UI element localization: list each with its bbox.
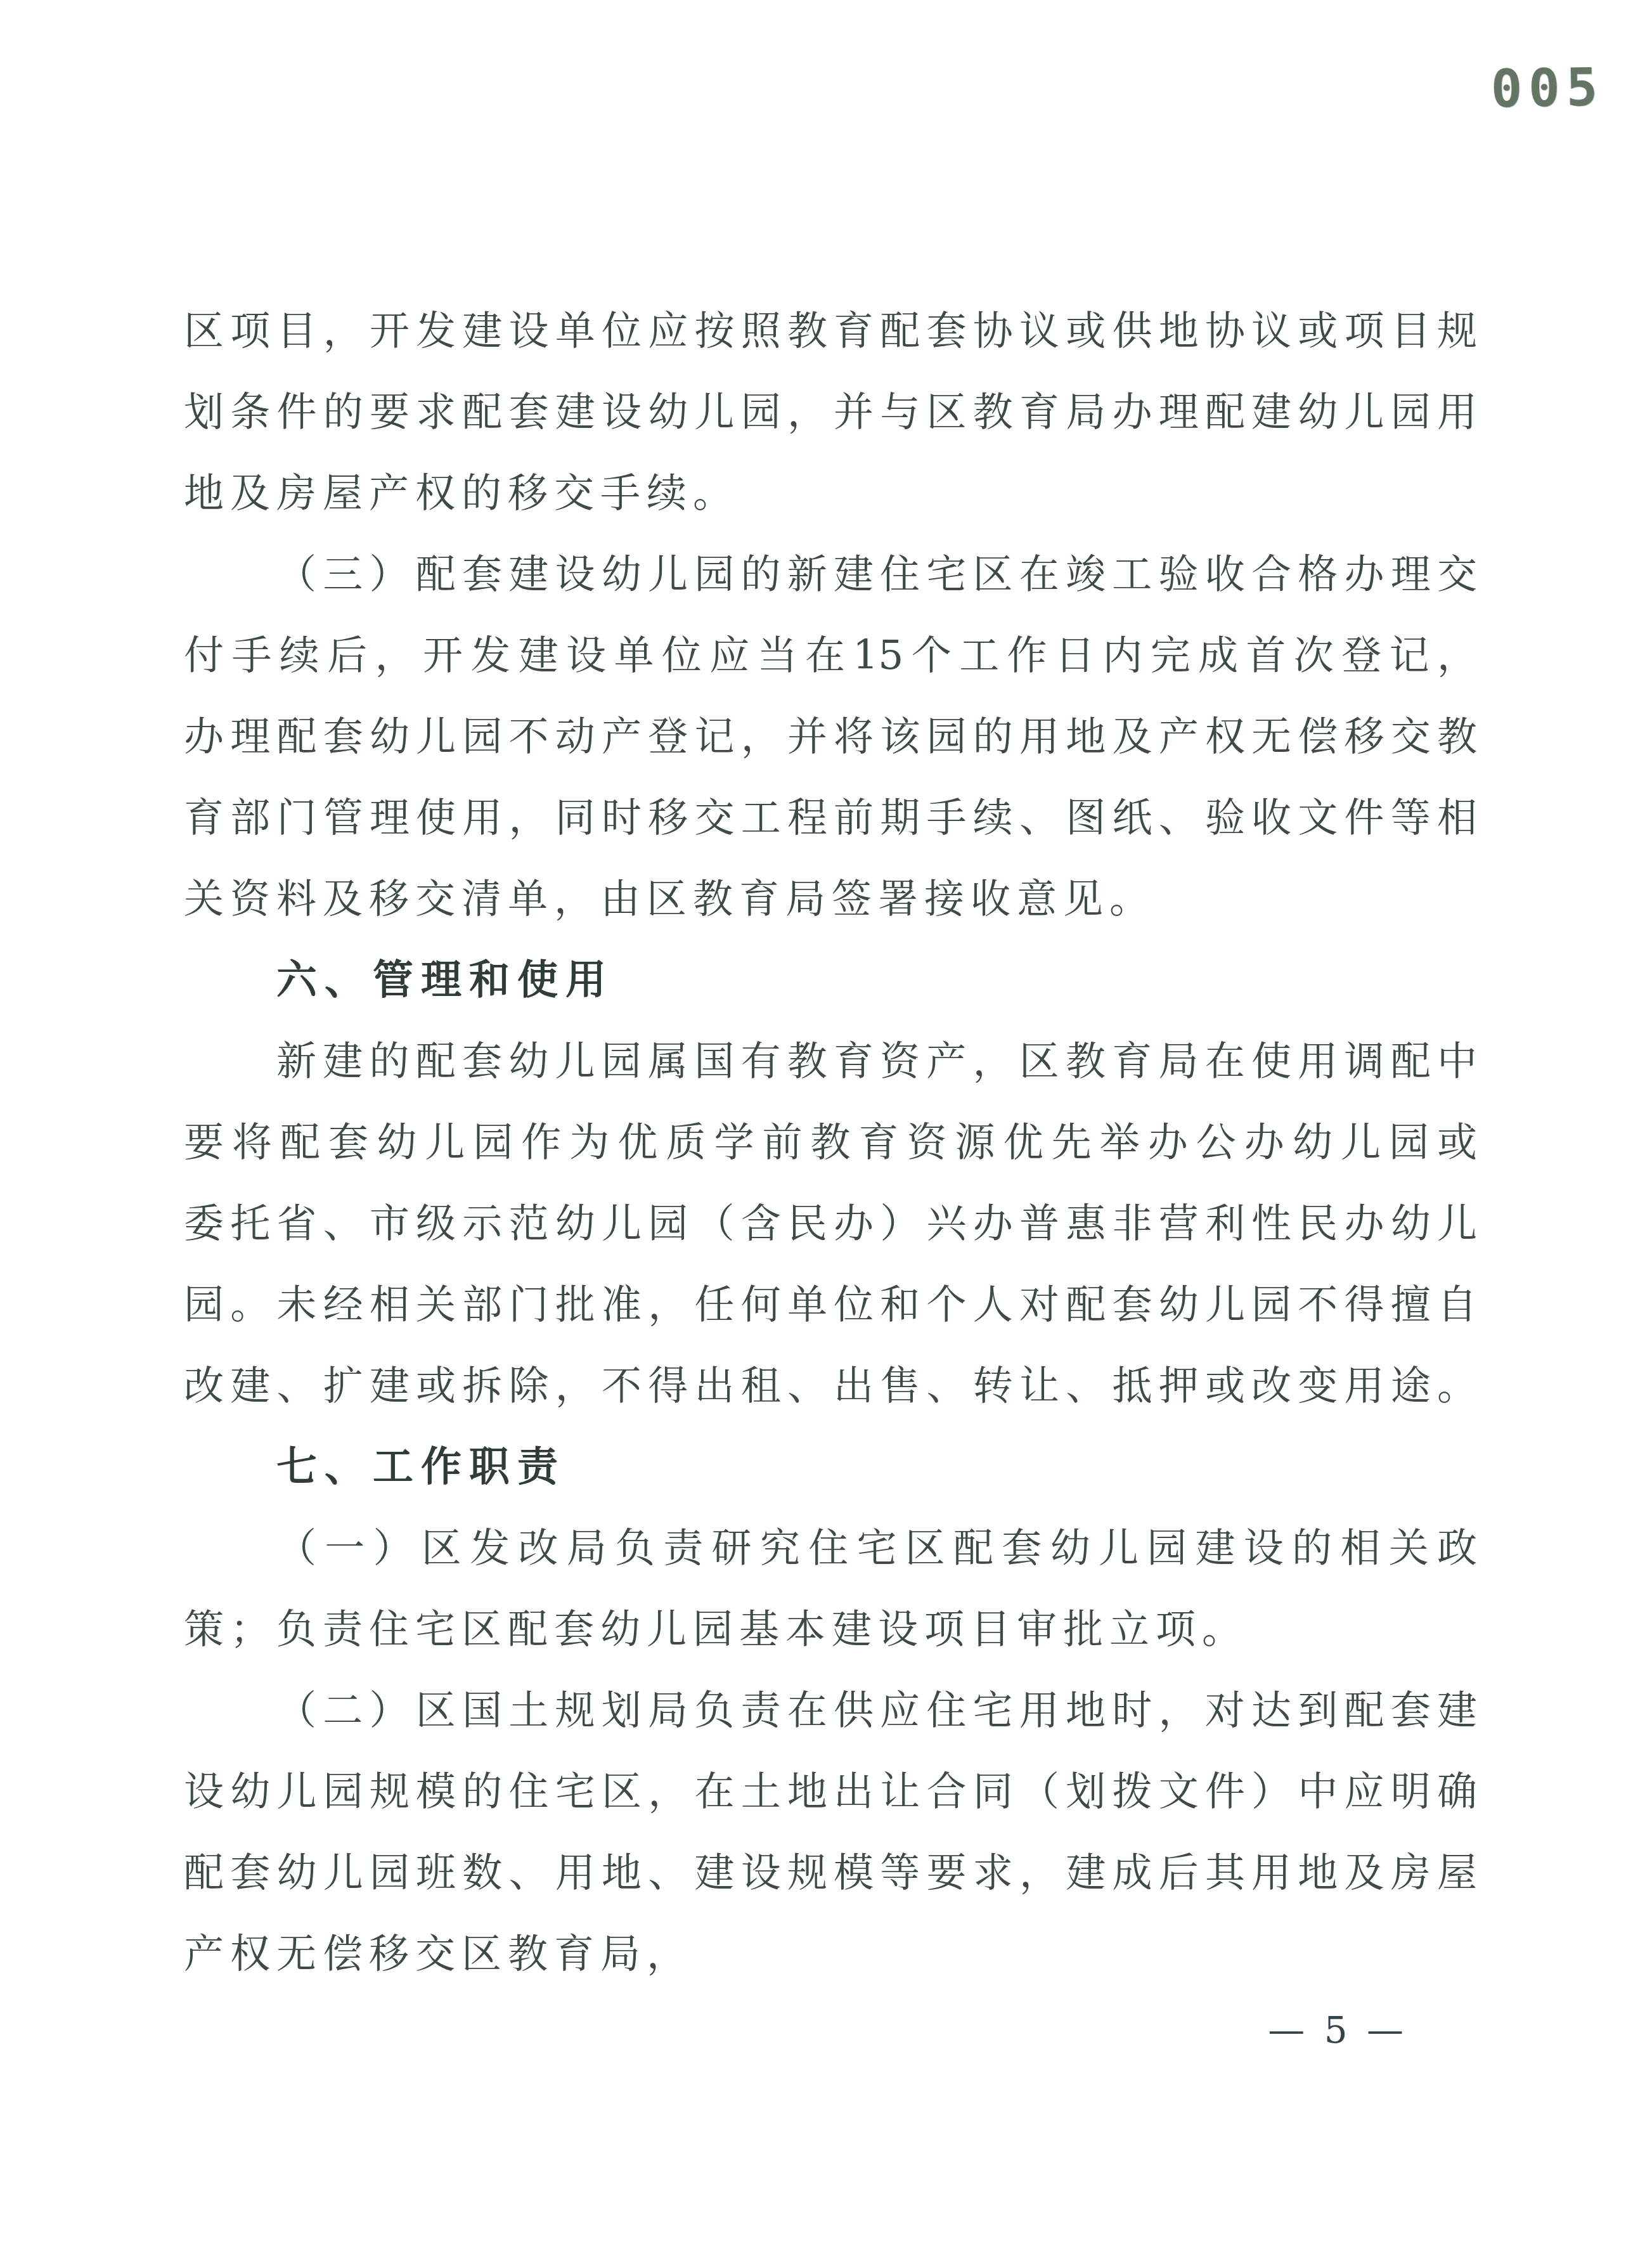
text-line: 付手续后，开发建设单位应当在15个工作日内完成首次登记， bbox=[184, 615, 1477, 696]
text-line: 配套幼儿园班数、用地、建设规模等要求，建成后其用地及房屋 bbox=[184, 1832, 1477, 1913]
text-line: （二）区国土规划局负责在供应住宅用地时，对达到配套建 bbox=[184, 1670, 1477, 1751]
text-line: 要将配套幼儿园作为优质学前教育资源优先举办公办幼儿园或 bbox=[184, 1102, 1477, 1183]
text-line: 园。未经相关部门批准，任何单位和个人对配套幼儿园不得擅自 bbox=[184, 1264, 1477, 1345]
section-heading: 七、工作职责 bbox=[184, 1426, 1477, 1508]
section-heading: 六、管理和使用 bbox=[184, 940, 1477, 1021]
text-line: 策；负责住宅区配套幼儿园基本建设项目审批立项。 bbox=[184, 1589, 1477, 1670]
text-line: 划条件的要求配套建设幼儿园，并与区教育局办理配建幼儿园用 bbox=[184, 372, 1477, 453]
text-line: 设幼儿园规模的住宅区，在土地出让合同（划拨文件）中应明确 bbox=[184, 1751, 1477, 1832]
text-block: 区项目，开发建设单位应按照教育配套协议或供地协议或项目规划条件的要求配套建设幼儿… bbox=[184, 290, 1477, 1994]
text-line: （一）区发改局负责研究住宅区配套幼儿园建设的相关政 bbox=[184, 1508, 1477, 1589]
text-line: 新建的配套幼儿园属国有教育资产，区教育局在使用调配中 bbox=[184, 1021, 1477, 1102]
text-line: 关资料及移交清单，由区教育局签署接收意见。 bbox=[184, 858, 1477, 940]
text-line: 产权无偿移交区教育局， bbox=[184, 1913, 1477, 1994]
stamp-page-number: 005 bbox=[1490, 57, 1604, 119]
scanned-document-page: 005 区项目，开发建设单位应按照教育配套协议或供地协议或项目规划条件的要求配套… bbox=[0, 0, 1652, 2262]
text-line: 改建、扩建或拆除，不得出租、出售、转让、抵押或改变用途。 bbox=[184, 1345, 1477, 1426]
text-line: 办理配套幼儿园不动产登记，并将该园的用地及产权无偿移交教 bbox=[184, 696, 1477, 777]
text-line: （三）配套建设幼儿园的新建住宅区在竣工验收合格办理交 bbox=[184, 534, 1477, 615]
text-line: 委托省、市级示范幼儿园（含民办）兴办普惠非营利性民办幼儿 bbox=[184, 1183, 1477, 1264]
text-line: 区项目，开发建设单位应按照教育配套协议或供地协议或项目规 bbox=[184, 290, 1477, 372]
text-line: 地及房屋产权的移交手续。 bbox=[184, 453, 1477, 534]
footer-page-number: — 5 — bbox=[1268, 2008, 1407, 2052]
text-line: 育部门管理使用，同时移交工程前期手续、图纸、验收文件等相 bbox=[184, 777, 1477, 858]
